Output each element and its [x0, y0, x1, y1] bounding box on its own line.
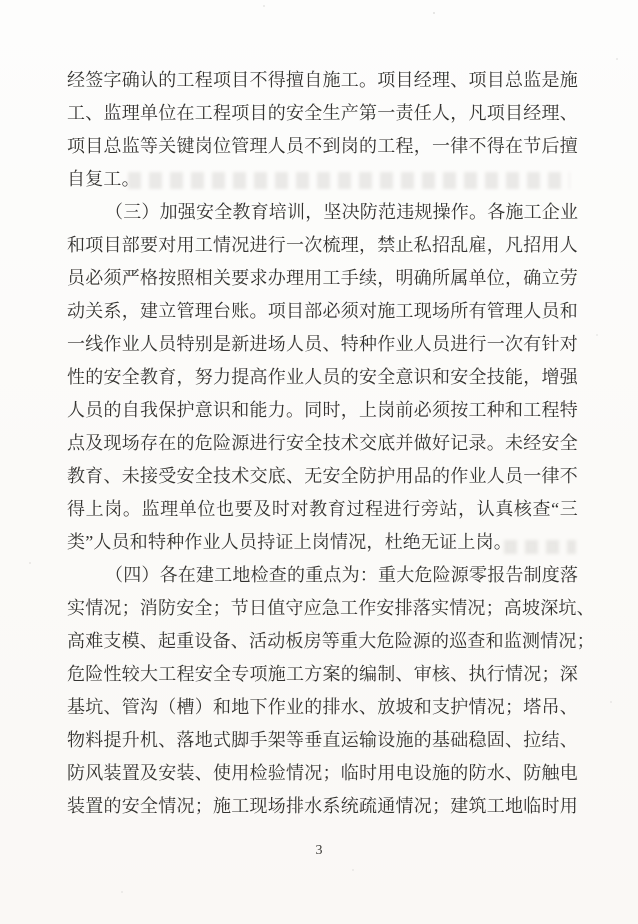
- page-number: 3: [0, 843, 638, 859]
- text-line: 人员的自我保护意识和能力。同时，上岗前必须按工种和工程特: [67, 394, 578, 427]
- text-line: 经签字确认的工程项目不得擅自施工。项目经理、项目总监是施: [67, 64, 578, 97]
- scan-noise-speckles: [0, 0, 2, 2]
- text-line: 自复工。: [67, 163, 578, 196]
- document-body-text: 经签字确认的工程项目不得擅自施工。项目经理、项目总监是施 工、监理单位在工程项目…: [67, 64, 578, 823]
- text-line: 动关系，建立管理台账。项目部必须对施工现场所有管理人员和: [67, 295, 578, 328]
- text-line-paragraph-start: （四）各在建工地检查的重点为：重大危险源零报告制度落: [67, 559, 578, 592]
- text-line: 教育、未接受安全技术交底、无安全防护用品的作业人员一律不: [67, 460, 578, 493]
- text-line: 实情况；消防安全；节日值守应急工作安排落实情况；高坡深坑、: [67, 592, 578, 625]
- text-line: 性的安全教育，努力提高作业人员的安全意识和安全技能，增强: [67, 361, 578, 394]
- text-line: 得上岗。监理单位也要及时对教育过程进行旁站，认真核查“三: [67, 493, 578, 526]
- text-line: 装置的安全情况；施工现场排水系统疏通情况；建筑工地临时用: [67, 790, 578, 823]
- text-line: 基坑、管沟（槽）和地下作业的排水、放坡和支护情况；塔吊、: [67, 691, 578, 724]
- text-line: 类”人员和特种作业人员持证上岗情况，杜绝无证上岗。: [67, 526, 578, 559]
- text-line: 和项目部要对用工情况进行一次梳理，禁止私招乱雇，凡招用人: [67, 229, 578, 262]
- text-line: 物料提升机、落地式脚手架等垂直运输设施的基础稳固、拉结、: [67, 724, 578, 757]
- text-line: 工、监理单位在工程项目的安全生产第一责任人，凡项目经理、: [67, 97, 578, 130]
- text-line: 高难支模、起重设备、活动板房等重大危险源的巡查和监测情况；: [67, 625, 578, 658]
- text-line: 项目总监等关键岗位管理人员不到岗的工程，一律不得在节后擅: [67, 130, 578, 163]
- scanned-document-page: 经签字确认的工程项目不得擅自施工。项目经理、项目总监是施 工、监理单位在工程项目…: [0, 0, 638, 924]
- text-line: 员必须严格按照相关要求办理用工手续，明确所属单位，确立劳: [67, 262, 578, 295]
- text-line: 防风装置及安装、使用检验情况；临时用电设施的防水、防触电: [67, 757, 578, 790]
- text-line: 一线作业人员特别是新进场人员、特种作业人员进行一次有针对: [67, 328, 578, 361]
- text-line-paragraph-start: （三）加强安全教育培训，坚决防范违规操作。各施工企业: [67, 196, 578, 229]
- text-line: 点及现场存在的危险源进行安全技术交底并做好记录。未经安全: [67, 427, 578, 460]
- text-line: 危险性较大工程安全专项施工方案的编制、审核、执行情况；深: [67, 658, 578, 691]
